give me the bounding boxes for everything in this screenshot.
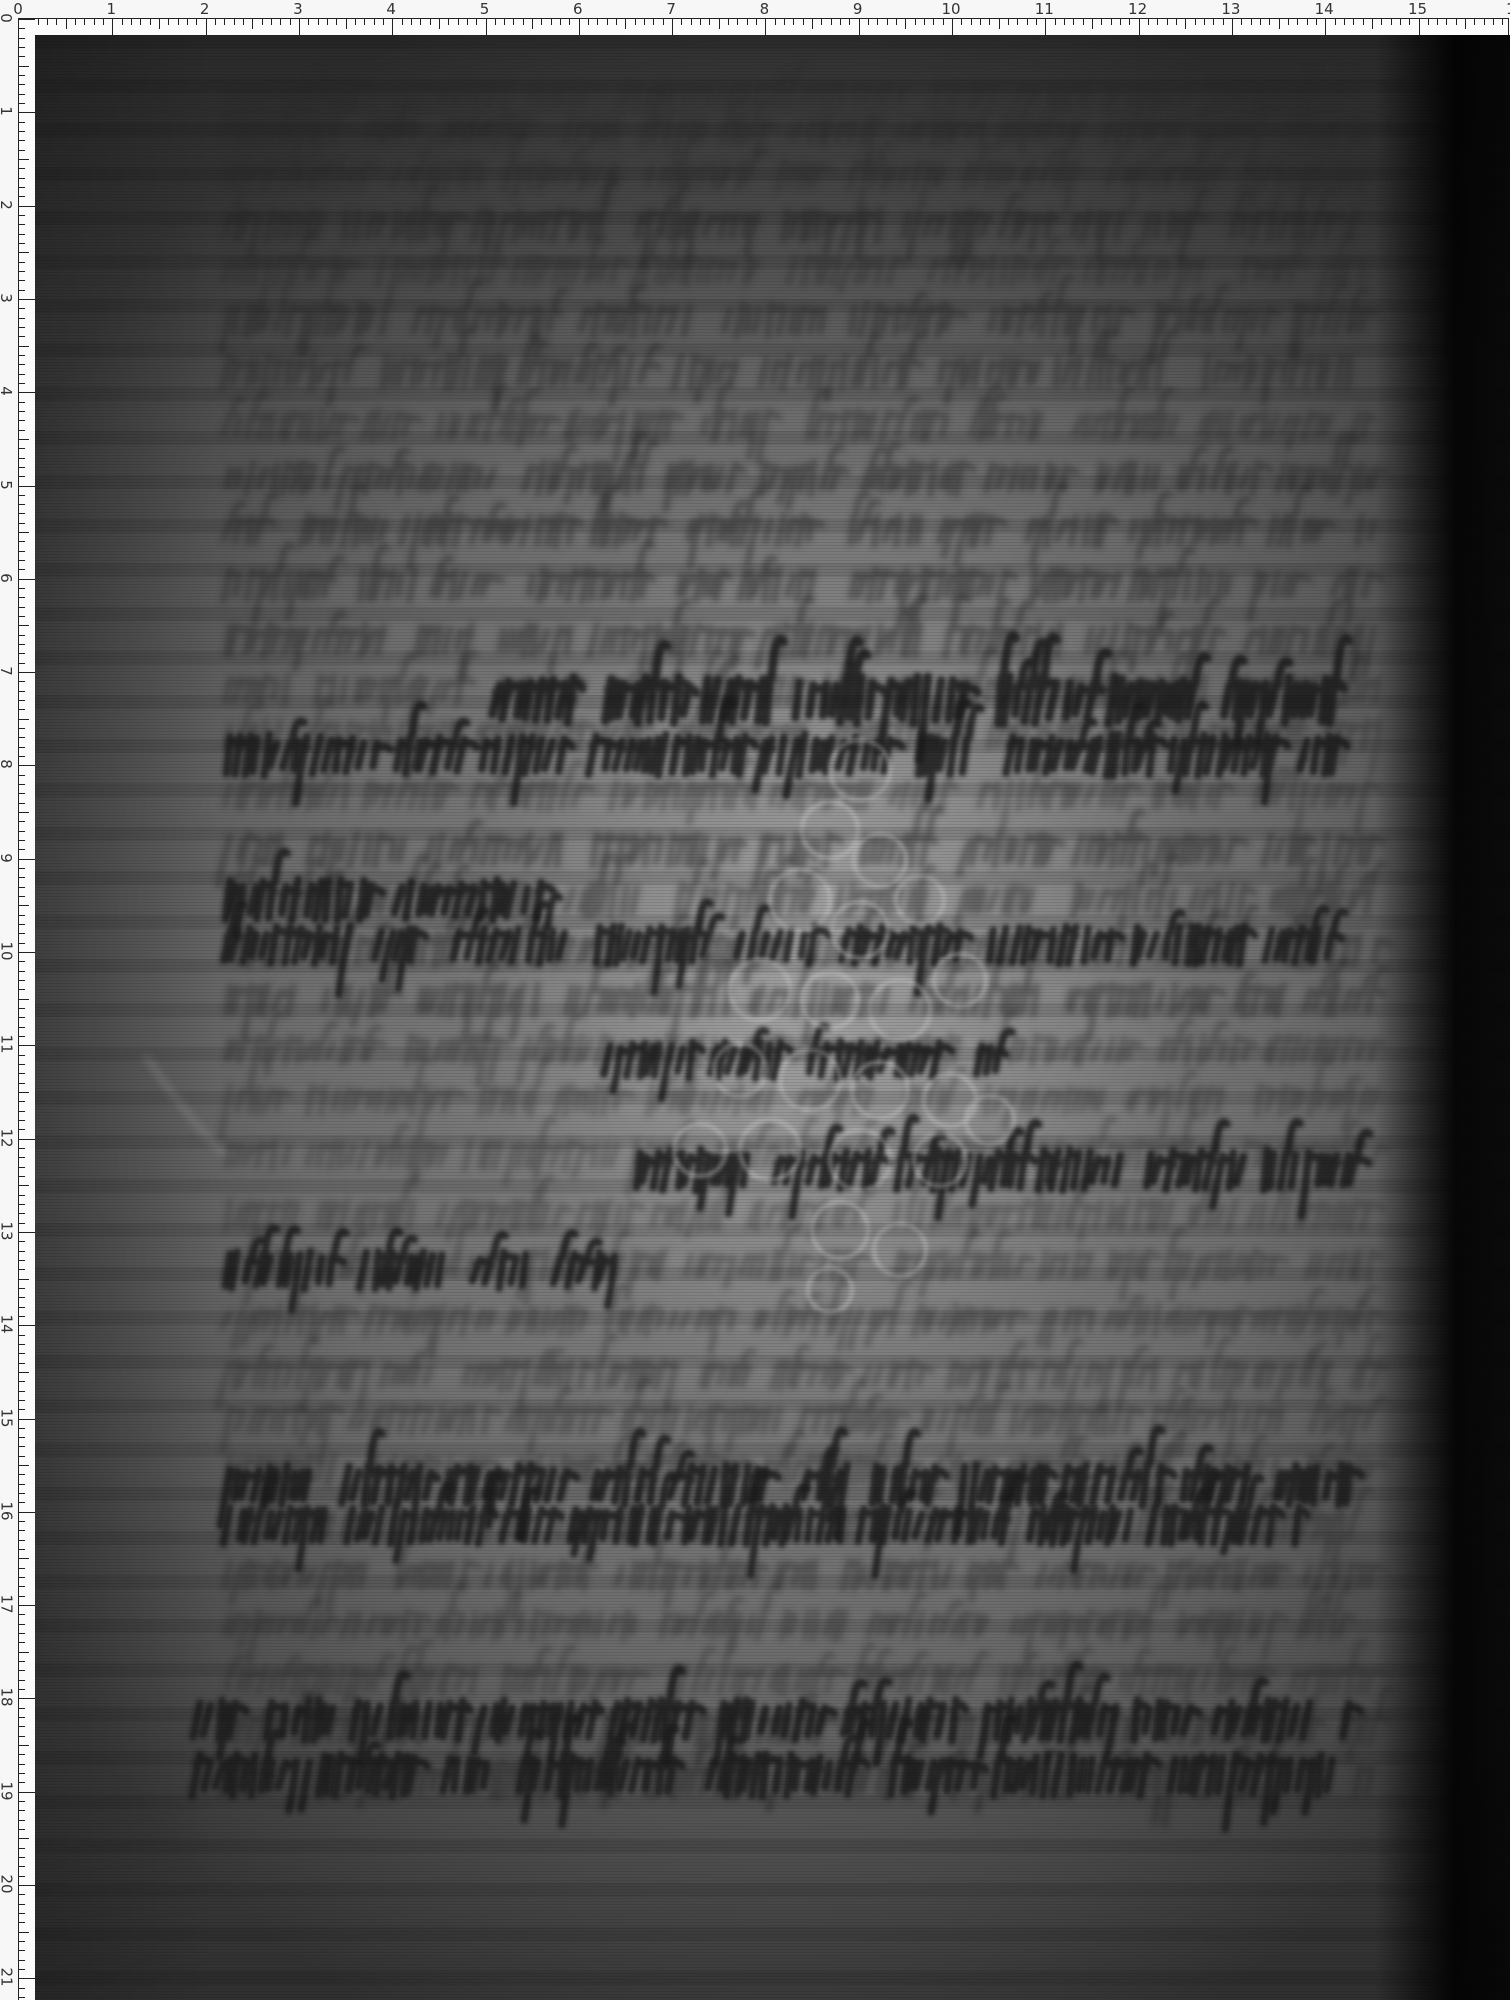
ruler-tick — [19, 1904, 25, 1905]
ruler-tick — [402, 19, 403, 25]
ruler-tick — [19, 933, 25, 934]
ruler-tick — [1120, 19, 1121, 25]
ruler-tick — [47, 19, 48, 25]
ruler-tick — [1260, 19, 1261, 25]
ruler-tick — [19, 1484, 25, 1485]
ruler-label-left: 15 — [0, 1408, 15, 1427]
ruler-tick — [168, 19, 169, 25]
ruler-tick — [1195, 19, 1196, 25]
ruler-tick — [1157, 19, 1158, 25]
ruler-tick — [19, 1111, 25, 1112]
ruler-tick — [19, 1530, 25, 1531]
ruler-tick — [19, 1941, 25, 1942]
ruler-tick — [19, 1680, 25, 1681]
ruler-tick — [19, 1167, 25, 1168]
ruler-tick — [19, 1605, 35, 1606]
ruler-tick — [19, 1689, 25, 1690]
ruler-tick — [597, 19, 598, 25]
ruler-tick — [19, 1129, 25, 1130]
ruler-tick — [420, 19, 421, 25]
ruler-tick — [336, 19, 337, 25]
ruler-tick — [19, 1960, 25, 1961]
ruler-tick — [299, 19, 300, 35]
ruler-tick — [19, 476, 25, 477]
ruler-label-top: 5 — [480, 1, 490, 17]
ruler-tick — [19, 1586, 25, 1587]
ruler-label-top: 8 — [760, 1, 770, 17]
ruler-tick — [19, 1642, 25, 1643]
ruler-tick — [999, 19, 1000, 29]
ruler-tick — [19, 1726, 25, 1727]
ruler-tick — [1316, 19, 1317, 25]
ruler-tick — [19, 1857, 25, 1858]
ruler-tick — [1381, 19, 1382, 25]
ruler-tick — [19, 1055, 25, 1056]
ruler-tick — [1185, 19, 1186, 29]
ruler-tick — [19, 262, 25, 263]
ruler-tick — [19, 1838, 29, 1839]
ruler-label-top: 10 — [941, 1, 960, 17]
ruler-tick — [933, 19, 934, 25]
ruler-tick — [1083, 19, 1084, 25]
ruler-tick — [19, 336, 25, 337]
ruler-tick — [19, 943, 25, 944]
ruler-tick — [1139, 19, 1140, 35]
ruler-label-left: 21 — [0, 1968, 15, 1987]
ruler-tick — [19, 653, 25, 654]
ruler-tick — [19, 523, 25, 524]
ruler-tick — [19, 112, 35, 113]
ruler-label-top: 2 — [200, 1, 210, 17]
ruler-tick — [19, 1372, 29, 1373]
ruler-tick — [19, 402, 25, 403]
ruler-tick — [19, 1502, 25, 1503]
ruler-label-left: 4 — [0, 386, 14, 396]
ruler-tick — [19, 38, 25, 39]
ruler-tick — [1474, 19, 1475, 25]
ruler-tick — [19, 56, 25, 57]
ruler-tick — [19, 868, 25, 869]
ruler-tick — [1502, 19, 1503, 25]
ruler-tick — [476, 19, 477, 25]
ruler-tick — [19, 588, 25, 589]
ruler-tick — [19, 355, 25, 356]
ruler-label-left: 10 — [0, 941, 15, 960]
ruler-tick — [19, 1148, 25, 1149]
ruler-tick — [887, 19, 888, 25]
ruler-tick — [19, 1969, 25, 1970]
ruler-tick — [980, 19, 981, 25]
ruler-label-top: 1 — [1506, 1, 1510, 17]
ruler-tick — [19, 1316, 25, 1317]
scan-lines — [35, 35, 1510, 2000]
ruler-tick — [616, 19, 617, 25]
ruler-label-left: 14 — [0, 1315, 15, 1334]
ruler-tick — [1176, 19, 1177, 25]
ruler-tick — [19, 234, 25, 235]
ruler-tick — [19, 1297, 25, 1298]
ruler-tick — [19, 1708, 25, 1709]
ruler-tick — [19, 1782, 25, 1783]
ruler-tick — [19, 1596, 25, 1597]
ruler-tick — [19, 905, 29, 906]
ruler-tick — [19, 84, 25, 85]
ruler-tick — [793, 19, 794, 25]
ruler-tick — [19, 392, 35, 393]
ruler-tick — [38, 19, 39, 25]
ruler-tick — [19, 1764, 25, 1765]
ruler-tick — [19, 19, 35, 20]
ruler-tick — [1027, 19, 1028, 25]
ruler-tick — [19, 1307, 25, 1308]
ruler-tick — [569, 19, 570, 25]
ruler-tick — [19, 1820, 25, 1821]
ruler-tick — [19, 728, 25, 729]
ruler-tick — [19, 383, 25, 384]
ruler-tick — [19, 1176, 25, 1177]
ruler-tick — [19, 551, 25, 552]
ruler-tick — [924, 19, 925, 25]
ruler-tick — [1465, 19, 1466, 29]
ruler-tick — [19, 1157, 25, 1158]
ruler-tick — [1372, 19, 1373, 29]
ruler-tick — [19, 952, 35, 953]
ruler-tick — [19, 541, 25, 542]
ruler-label-left: 3 — [0, 293, 14, 303]
ruler-tick — [19, 579, 35, 580]
ruler-tick — [1335, 19, 1336, 25]
ruler-tick — [19, 1549, 25, 1550]
ruler-tick — [19, 719, 29, 720]
ruler-tick — [346, 19, 347, 29]
ruler-tick — [19, 439, 29, 440]
ruler-tick — [178, 19, 179, 25]
ruler-tick — [19, 999, 29, 1000]
ruler-tick — [19, 458, 25, 459]
ruler-tick — [952, 19, 953, 35]
ruler-label-top: 3 — [293, 1, 303, 17]
ruler-tick — [625, 19, 626, 29]
ruler-tick — [19, 1829, 25, 1830]
ruler-tick — [19, 318, 25, 319]
ruler-tick — [19, 131, 25, 132]
ruler-tick — [19, 1437, 25, 1438]
ruler-tick — [19, 1950, 25, 1951]
ruler-tick — [635, 19, 636, 25]
ruler-tick — [1111, 19, 1112, 25]
ruler-tick — [607, 19, 608, 25]
ruler-tick — [19, 831, 25, 832]
ruler-tick — [1148, 19, 1149, 25]
ruler-tick — [19, 1661, 25, 1662]
ruler-tick — [588, 19, 589, 25]
ruler-tick — [1269, 19, 1270, 25]
ruler-tick — [196, 19, 197, 25]
ruler-tick — [849, 19, 850, 25]
ruler-tick — [364, 19, 365, 25]
ruler-tick — [19, 430, 25, 431]
ruler-tick — [458, 19, 459, 25]
ruler-tick — [308, 19, 309, 25]
ruler-tick — [19, 597, 25, 598]
ruler-tick — [19, 1223, 25, 1224]
ruler-tick — [831, 19, 832, 25]
ruler-tick — [1073, 19, 1074, 25]
ruler-label-left: 17 — [0, 1595, 15, 1614]
ruler-tick — [1055, 19, 1056, 25]
ruler-tick — [1017, 19, 1018, 25]
ruler-tick — [19, 1988, 25, 1989]
ruler-tick — [19, 877, 25, 878]
ruler-label-top: 15 — [1408, 1, 1427, 17]
ruler-tick — [19, 513, 25, 514]
ruler-tick — [1363, 19, 1364, 25]
ruler-tick — [19, 75, 25, 76]
ruler-label-top: 7 — [666, 1, 676, 17]
ruler-tick — [131, 19, 132, 25]
ruler-tick — [1344, 19, 1345, 25]
ruler-tick — [206, 19, 207, 35]
ruler-label-left: 6 — [0, 573, 14, 583]
manuscript-scan — [35, 35, 1510, 2000]
ruler-tick — [19, 1894, 25, 1895]
ruler-tick — [1353, 19, 1354, 25]
ruler-label-left: 1 — [0, 107, 14, 117]
ruler-tick — [19, 532, 29, 533]
ruler-tick — [19, 980, 25, 981]
ruler-tick — [19, 1260, 25, 1261]
ruler-label-left: 16 — [0, 1501, 15, 1520]
ruler-tick — [19, 560, 25, 561]
ruler-tick — [859, 19, 860, 35]
ruler-tick — [19, 700, 25, 701]
ruler-tick — [19, 859, 35, 860]
ruler-tick — [19, 122, 25, 123]
ruler-tick — [243, 19, 244, 25]
ruler-tick — [19, 271, 25, 272]
ruler-tick — [19, 765, 35, 766]
ruler-tick — [19, 1185, 29, 1186]
ruler-tick — [1288, 19, 1289, 25]
ruler-tick — [560, 19, 561, 25]
ruler-tick — [1409, 19, 1410, 25]
ruler-tick — [19, 290, 25, 291]
ruler-tick — [19, 625, 29, 626]
ruler-tick — [448, 19, 449, 25]
ruler-tick — [19, 224, 25, 225]
ruler-tick — [327, 19, 328, 25]
ruler-tick — [19, 1269, 25, 1270]
ruler-tick — [19, 28, 25, 29]
ruler-tick — [19, 747, 25, 748]
ruler-tick — [868, 19, 869, 25]
ruler-tick — [19, 1736, 25, 1737]
ruler-tick — [19, 504, 25, 505]
ruler-tick — [513, 19, 514, 25]
ruler-tick — [19, 1717, 25, 1718]
ruler-tick — [19, 961, 25, 962]
ruler-tick — [19, 756, 25, 757]
ruler-tick — [19, 495, 25, 496]
ruler-tick — [551, 19, 552, 25]
ruler-tick — [989, 19, 990, 25]
ruler-label-left: 20 — [0, 1874, 15, 1893]
ruler-tick — [19, 327, 25, 328]
ruler-tick — [439, 19, 440, 29]
ruler-tick — [1101, 19, 1102, 25]
ruler-label-left: 5 — [0, 480, 14, 490]
ruler-tick — [486, 19, 487, 35]
ruler-tick — [84, 19, 85, 25]
ruler-label-top: 4 — [386, 1, 396, 17]
ruler-tick — [1428, 19, 1429, 25]
ruler-tick — [19, 1241, 25, 1242]
ruler-tick — [56, 19, 57, 25]
ruler-tick — [19, 1633, 25, 1634]
ruler-tick — [411, 19, 412, 25]
ruler-tick — [1391, 19, 1392, 25]
ruler-tick — [19, 663, 25, 664]
ruler-tick — [467, 19, 468, 25]
ruler-tick — [784, 19, 785, 25]
ruler-tick — [19, 1092, 29, 1093]
ruler-tick — [19, 775, 25, 776]
ruler-tick — [653, 19, 654, 25]
ruler-tick — [1484, 19, 1485, 25]
ruler-tick — [280, 19, 281, 25]
ruler-tick — [1204, 19, 1205, 25]
ruler-tick — [19, 364, 25, 365]
ruler-tick — [19, 635, 25, 636]
ruler-tick — [579, 19, 580, 35]
ruler-tick — [19, 168, 25, 169]
ruler-tick — [19, 486, 35, 487]
ruler-tick — [19, 1540, 25, 1541]
ruler-tick — [19, 849, 25, 850]
ruler-tick — [775, 19, 776, 25]
ruler-tick — [19, 1512, 35, 1513]
ruler-tick — [541, 19, 542, 25]
ruler-label-top: 6 — [573, 1, 583, 17]
ruler-tick — [644, 19, 645, 25]
ruler-tick — [19, 1866, 25, 1867]
ruler-tick — [1419, 19, 1420, 35]
ruler-tick — [19, 1792, 35, 1793]
ruler-tick — [19, 1997, 25, 1998]
ruler-tick — [1092, 19, 1093, 29]
ruler-tick — [1223, 19, 1224, 25]
ruler-tick — [19, 971, 25, 972]
ruler-tick — [19, 1978, 35, 1979]
ruler-tick — [252, 19, 253, 29]
ruler-tick — [19, 989, 25, 990]
ruler-tick — [19, 1353, 25, 1354]
ruler-label-left: 18 — [0, 1688, 15, 1707]
ruler-tick — [19, 1073, 25, 1074]
ruler-tick — [19, 793, 25, 794]
ruler-label-left: 8 — [0, 760, 14, 770]
ruler-tick — [1129, 19, 1130, 25]
ruler-tick — [19, 1773, 25, 1774]
ruler-tick — [896, 19, 897, 25]
ruler-tick — [318, 19, 319, 25]
ruler-tick — [19, 1288, 25, 1289]
ruler-label-left: 0 — [0, 13, 14, 23]
ruler-tick — [756, 19, 757, 25]
ruler-tick — [1456, 19, 1457, 25]
ruler-label-left: 7 — [0, 666, 14, 676]
ruler-tick — [504, 19, 505, 25]
ruler-tick — [383, 19, 384, 25]
ruler-tick — [159, 19, 160, 29]
ruler-tick — [19, 1213, 25, 1214]
ruler-tick — [19, 691, 25, 692]
ruler-tick — [19, 252, 29, 253]
ruler-tick — [1437, 19, 1438, 25]
ruler-tick — [66, 19, 67, 29]
ruler-tick — [19, 1848, 25, 1849]
ruler-tick — [19, 681, 25, 682]
ruler-tick — [19, 66, 29, 67]
ruler-tick — [19, 1754, 25, 1755]
ruler-tick — [19, 644, 25, 645]
ruler-tick — [877, 19, 878, 25]
ruler-tick — [19, 1101, 25, 1102]
ruler-tick — [19, 1624, 25, 1625]
ruler-tick — [19, 1474, 25, 1475]
ruler-tick — [19, 737, 25, 738]
ruler-tick — [709, 19, 710, 25]
ruler-tick — [915, 19, 916, 25]
ruler-tick — [19, 140, 25, 141]
ruler-tick — [19, 812, 29, 813]
ruler-tick — [103, 19, 104, 25]
ruler-label-left: 2 — [0, 200, 14, 210]
ruler-tick — [19, 1913, 25, 1914]
ruler-tick — [943, 19, 944, 25]
ruler-tick — [821, 19, 822, 25]
ruler-tick — [19, 1419, 35, 1420]
ruler-tick — [19, 1064, 25, 1065]
ruler-tick — [1446, 19, 1447, 25]
ruler-tick — [1045, 19, 1046, 35]
ruler-tick — [19, 1922, 25, 1923]
ruler-tick — [719, 19, 720, 29]
ruler-tick — [19, 1801, 25, 1802]
ruler-tick — [19, 616, 25, 617]
ruler-tick — [19, 215, 25, 216]
ruler-tick — [747, 19, 748, 25]
ruler-tick — [224, 19, 225, 25]
ruler-tick — [840, 19, 841, 25]
ruler-tick — [19, 150, 25, 151]
ruler-tick — [691, 19, 692, 25]
ruler-tick — [19, 243, 25, 244]
ruler-tick — [150, 19, 151, 25]
ruler-label-left: 13 — [0, 1221, 15, 1240]
ruler-tick — [19, 299, 35, 300]
ruler-tick — [112, 19, 113, 35]
ruler-tick — [19, 159, 29, 160]
ruler-tick — [19, 1698, 35, 1699]
ruler-tick — [1400, 19, 1401, 25]
ruler-label-top: 1 — [107, 1, 117, 17]
ruler-tick — [1232, 19, 1233, 35]
ruler-tick — [19, 346, 29, 347]
ruler-tick — [1008, 19, 1009, 25]
ruler-tick — [19, 1083, 25, 1084]
ruler-tick — [19, 1670, 25, 1671]
